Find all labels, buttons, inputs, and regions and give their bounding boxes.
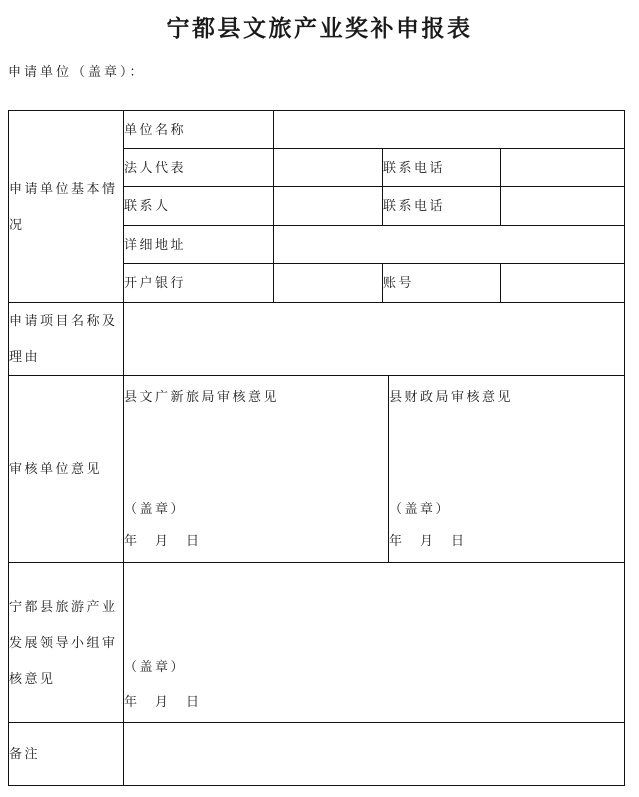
- application-form-table: 申请单位基本情况 单位名称 法人代表 联系电话 联系人 联系电话 详细地址: [8, 110, 625, 786]
- address-label: 详细地址: [124, 226, 274, 264]
- review-left-title: 县文广新旅局审核意见: [124, 387, 388, 407]
- leader-group-opinion-cell[interactable]: （盖章） 年 月 日: [124, 563, 625, 723]
- table-row: 申请单位基本情况 单位名称: [9, 111, 625, 149]
- contact-phone-value-cell[interactable]: [501, 187, 625, 226]
- legal-rep-label: 法人代表: [124, 149, 274, 187]
- leader-group-label: 宁都县旅游产业发展领导小组审核意见: [9, 563, 124, 723]
- table-row: 审核单位意见 县文广新旅局审核意见 （盖章） 年 月 日 县财政局审核意见 （盖…: [9, 376, 625, 563]
- legal-rep-phone-label: 联系电话: [383, 149, 501, 187]
- contact-value-cell[interactable]: [274, 187, 383, 226]
- project-value-cell[interactable]: [124, 303, 625, 376]
- application-form-document: 宁都县文旅产业奖补申报表 申请单位（盖章）： 申请单位基本情况 单位名称 法人代…: [0, 0, 639, 797]
- contact-phone-label: 联系电话: [383, 187, 501, 226]
- legal-rep-phone-value-cell[interactable]: [501, 149, 625, 187]
- review-right-cell[interactable]: 县财政局审核意见 （盖章） 年 月 日: [389, 376, 625, 563]
- leader-group-stamp-label: （盖章）: [124, 657, 624, 677]
- legal-rep-value-cell[interactable]: [274, 149, 383, 187]
- table-row: 备注: [9, 723, 625, 786]
- contact-label: 联系人: [124, 187, 274, 226]
- address-value-cell[interactable]: [274, 226, 625, 264]
- review-left-cell[interactable]: 县文广新旅局审核意见 （盖章） 年 月 日: [124, 376, 389, 563]
- review-section-label: 审核单位意见: [9, 376, 124, 563]
- review-left-stamp-label: （盖章）: [124, 499, 388, 519]
- review-left-date-label: 年 月 日: [124, 531, 388, 551]
- unit-name-value-cell[interactable]: [274, 111, 625, 149]
- basic-section-label: 申请单位基本情况: [9, 111, 124, 303]
- remarks-value-cell[interactable]: [124, 723, 625, 786]
- leader-group-date-label: 年 月 日: [124, 692, 624, 712]
- account-value-cell[interactable]: [501, 264, 625, 303]
- account-label: 账号: [383, 264, 501, 303]
- project-label: 申请项目名称及理由: [9, 303, 124, 376]
- bank-value-cell[interactable]: [274, 264, 383, 303]
- table-row: 申请项目名称及理由: [9, 303, 625, 376]
- unit-name-label: 单位名称: [124, 111, 274, 149]
- page-title: 宁都县文旅产业奖补申报表: [0, 10, 639, 43]
- applicant-seal-label: 申请单位（盖章）：: [8, 61, 146, 80]
- review-right-stamp-label: （盖章）: [389, 499, 624, 519]
- remarks-label: 备注: [9, 723, 124, 786]
- table-row: 宁都县旅游产业发展领导小组审核意见 （盖章） 年 月 日: [9, 563, 625, 723]
- review-right-date-label: 年 月 日: [389, 531, 624, 551]
- review-right-title: 县财政局审核意见: [389, 387, 624, 407]
- bank-label: 开户银行: [124, 264, 274, 303]
